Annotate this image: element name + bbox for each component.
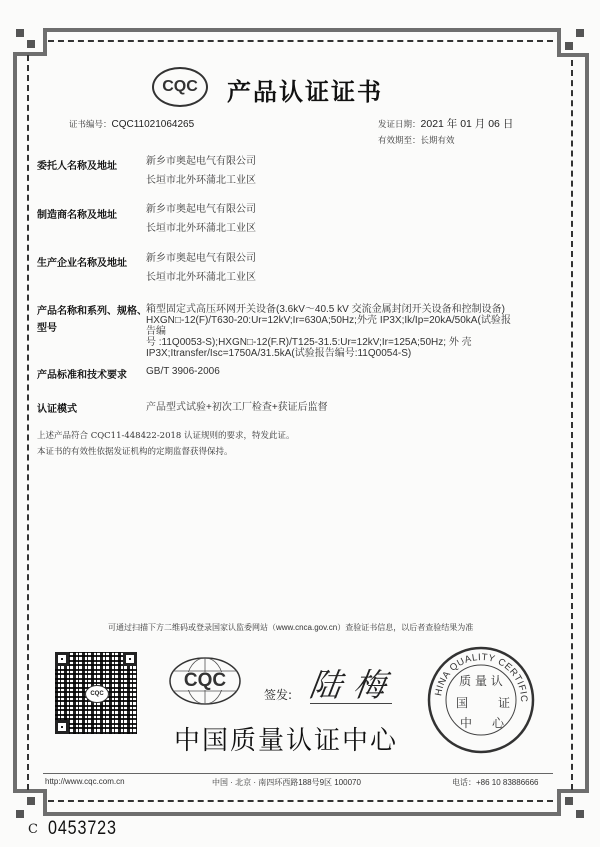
organization-name: 中国质量认证中心 [174, 720, 398, 757]
product-line: 号 :11Q0053-S);HXGN□-12(F.R)/T125-31.5:Ur… [146, 337, 511, 348]
verification-note: 可通过扫描下方二维码或登录国家认监委网站（www.cnca.gov.cn）查验证… [108, 622, 473, 633]
product-value: 箱型固定式高压环网开关设备(3.6kV～40.5 kV 交流金属封闭开关设备和控… [146, 304, 511, 359]
svg-text:心: 心 [492, 716, 505, 730]
client-value: 新乡市奥起电气有限公司 长垣市北外环蒲北工业区 [146, 152, 256, 190]
signature-label: 签发: [264, 686, 292, 703]
client-label: 委托人名称及地址 [37, 157, 117, 172]
svg-text:质 量 认: 质 量 认 [459, 673, 503, 688]
corner-ornament [576, 810, 584, 818]
qr-center-logo: CQC [85, 685, 109, 703]
validity: 有效期至：长期有效 [378, 128, 455, 147]
factory-label: 生产企业名称及地址 [37, 254, 127, 269]
corner-ornament [565, 797, 573, 805]
client-address: 长垣市北外环蒲北工业区 [146, 171, 256, 190]
signature: 陆梅 [307, 660, 401, 706]
official-seal: CHINA QUALITY CERTIFICATION CENTRE 质 量 认… [426, 645, 536, 755]
serial-number: 0453723 [48, 818, 117, 840]
mode-label: 认证模式 [37, 400, 77, 415]
manufacturer-name: 新乡市奥起电气有限公司 [146, 200, 256, 219]
globe-logo-text: CQC [178, 670, 232, 692]
svg-text:国: 国 [456, 696, 468, 710]
product-line: 箱型固定式高压环网开关设备(3.6kV～40.5 kV 交流金属封闭开关设备和控… [146, 304, 511, 315]
client-name: 新乡市奥起电气有限公司 [146, 152, 256, 171]
product-label: 产品名称和系列、规格、 型号 [37, 303, 147, 337]
svg-text:证: 证 [498, 696, 510, 710]
qr-finder [123, 652, 137, 666]
cqc-logo-text: CQC [162, 78, 198, 96]
certificate-number: 证书编号：CQC11021064265 [69, 112, 194, 131]
serial-prefix: C [28, 822, 38, 837]
product-label-line: 产品名称和系列、规格、 [37, 303, 147, 320]
certificate-number-label: 证书编号： [69, 120, 112, 130]
qr-code[interactable]: CQC [55, 652, 137, 734]
product-line: HXGN□-12(F)/T630-20:Ur=12kV;Ir=630A;50Hz… [146, 315, 511, 337]
seal-icon: CHINA QUALITY CERTIFICATION CENTRE 质 量 认… [426, 645, 536, 755]
svg-text:中: 中 [460, 715, 472, 730]
qr-finder [55, 652, 69, 666]
factory-address: 长垣市北外环蒲北工业区 [146, 268, 256, 287]
corner-ornament [16, 810, 24, 818]
corner-ornament [27, 797, 35, 805]
signature-line [310, 703, 392, 704]
footer-phone: 电话：+86 10 83886666 [452, 777, 539, 788]
footer-address: 中国 · 北京 · 南四环西路188号9区 100070 [212, 777, 361, 788]
certificate-notes: 上述产品符合 CQC11-448422-2018 认证规则的要求，特发此证。 本… [37, 428, 295, 460]
product-label-line: 型号 [37, 320, 147, 337]
standard-label: 产品标准和技术要求 [37, 366, 127, 381]
product-line: IP3X;Itransfer/Isc=1750A/31.5kA(试验报告编号:1… [146, 348, 511, 359]
footer-divider [43, 773, 553, 774]
factory-name: 新乡市奥起电气有限公司 [146, 249, 256, 268]
corner-ornament [27, 40, 35, 48]
standard-value: GB/T 3906-2006 [146, 362, 220, 381]
corner-ornament [576, 29, 584, 37]
page-title: 产品认证证书 [227, 72, 383, 107]
qr-logo-text: CQC [90, 691, 103, 697]
cqc-logo: CQC [152, 67, 208, 107]
cqc-globe-logo: CQC [168, 656, 242, 706]
validity-label: 有效期至： [378, 136, 421, 146]
corner-ornament [565, 42, 573, 50]
manufacturer-value: 新乡市奥起电气有限公司 长垣市北外环蒲北工业区 [146, 200, 256, 238]
validity-value: 长期有效 [421, 136, 455, 146]
note-line: 上述产品符合 CQC11-448422-2018 认证规则的要求，特发此证。 [37, 428, 295, 444]
qr-finder [55, 720, 69, 734]
certificate-number-value: CQC11021064265 [112, 119, 195, 130]
manufacturer-address: 长垣市北外环蒲北工业区 [146, 219, 256, 238]
corner-ornament [16, 29, 24, 37]
footer-website[interactable]: http://www.cqc.com.cn [45, 777, 125, 786]
mode-value: 产品型式试验+初次工厂检查+获证后监督 [146, 398, 328, 417]
manufacturer-label: 制造商名称及地址 [37, 206, 117, 221]
factory-value: 新乡市奥起电气有限公司 长垣市北外环蒲北工业区 [146, 249, 256, 287]
note-line: 本证书的有效性依据发证机构的定期监督获得保持。 [37, 444, 295, 460]
